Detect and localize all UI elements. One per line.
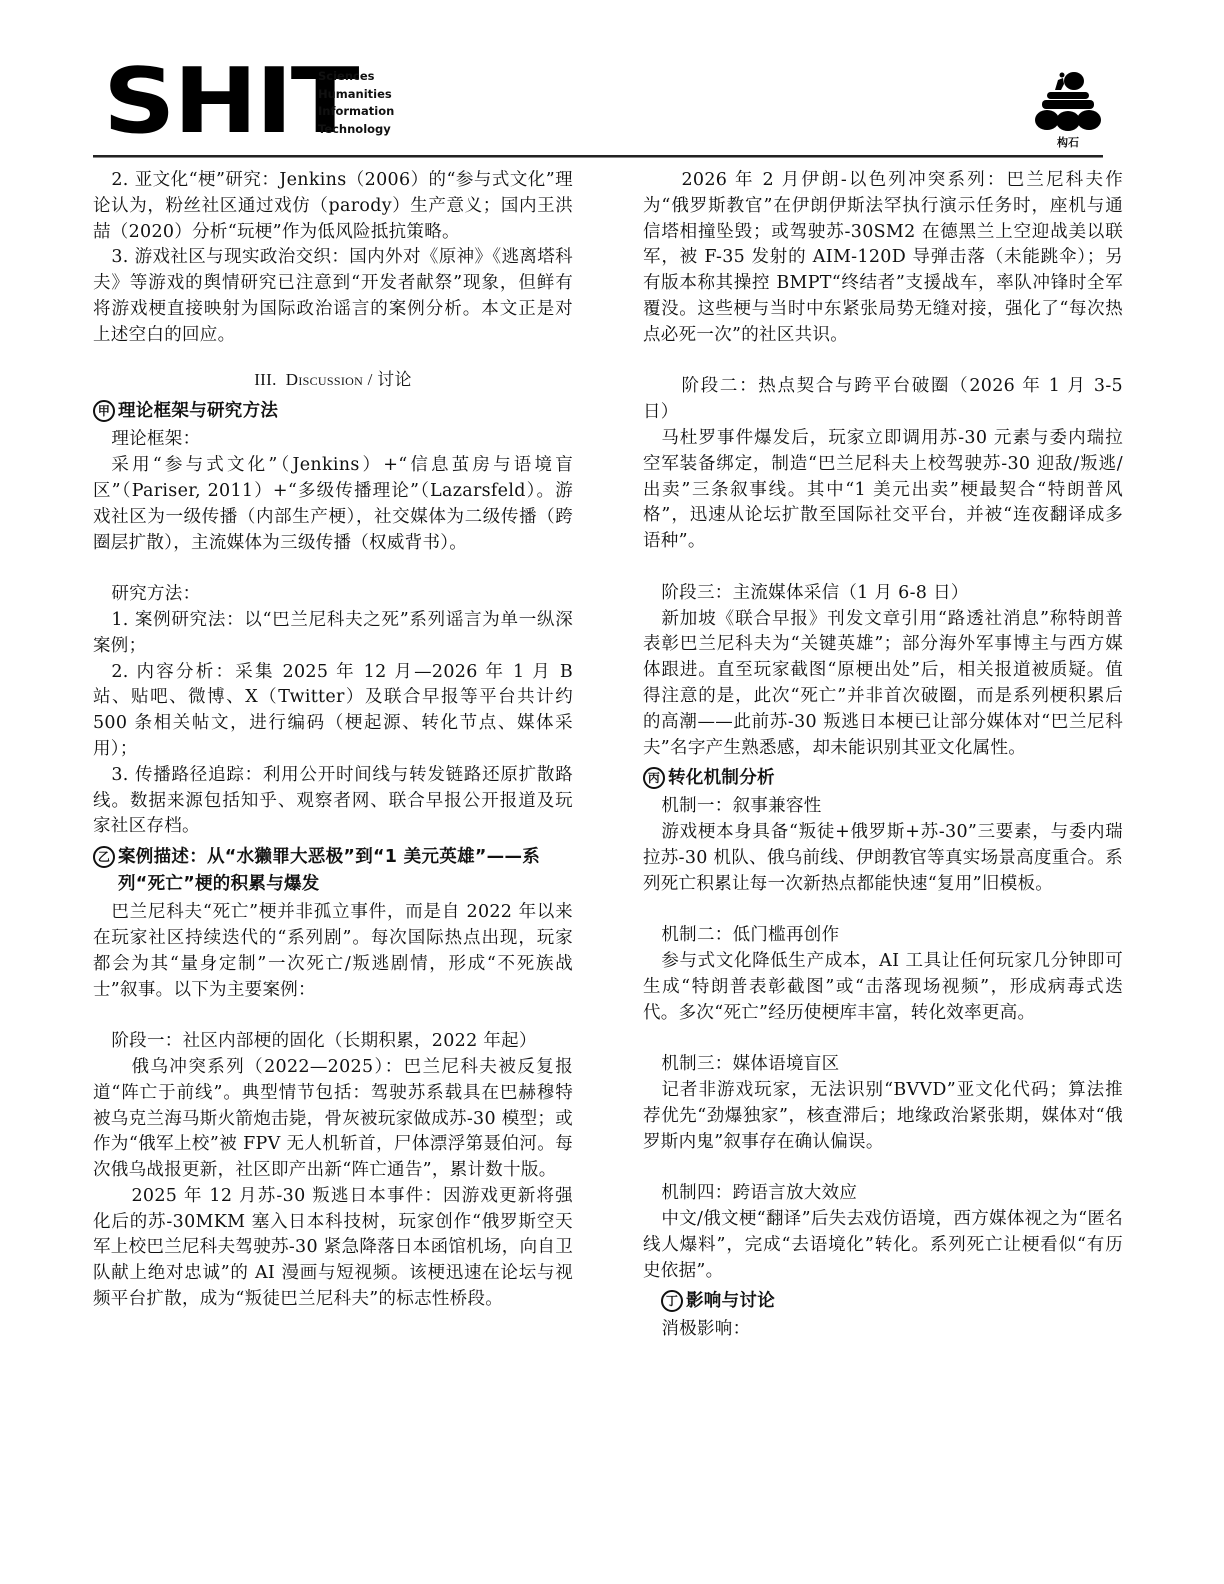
mechanism-label: 机制二：低门槛再创作 [643,923,1123,949]
case-paragraph: 2026 年 2 月伊朗-以色列冲突系列：巴兰尼科夫作为“俄罗斯教官”在伊朗伊斯… [643,168,1123,349]
paragraph-label: 研究方法： [93,582,573,608]
paragraph: 新加坡《联合早报》刊发文章引用“路透社消息”称特朗普表彰巴兰尼科夫为“关键英雄”… [643,607,1123,762]
method-item: 1. 案例研究法：以“巴兰尼科夫之死”系列谣言为单一纵深案例； [93,608,573,660]
stage-label: 阶段二：热点契合与跨平台破圈（2026 年 1 月 3-5 日） [643,374,1123,426]
mechanism-label: 机制一：叙事兼容性 [643,794,1123,820]
paragraph-label: 消极影响： [643,1317,1123,1343]
logo-word: Technology [318,121,394,139]
intro-item: 2. 亚文化“梗”研究：Jenkins（2006）的“参与式文化”理论认为，粉丝… [93,168,573,245]
stage-label: 阶段三：主流媒体采信（1 月 6-8 日） [643,581,1123,607]
mechanism-text: 中文/俄文梗“翻译”后失去戏仿语境，西方媒体视之为“匿名线人爆料”，完成“去语境… [643,1207,1123,1284]
stage-label: 阶段一：社区内部梗的固化（长期积累，2022 年起） [93,1029,573,1055]
logo-word: Humanities [318,86,394,104]
intro-item: 3. 游戏社区与现实政治交织：国内外对《原神》《逃离塔科夫》等游戏的舆情研究已注… [93,245,573,348]
circled-badge-icon: 丁 [661,1290,683,1312]
circled-badge-icon: 丙 [643,767,665,789]
subsection-title: 案例描述：从“水獭罪大恶极”到“1 美元英雄”——系列“死亡”梗的积累与爆发 [118,844,573,898]
mechanism-label: 机制四：跨语言放大效应 [643,1181,1123,1207]
circled-badge-icon: 乙 [93,846,115,868]
section-numeral: III. [254,370,276,389]
circled-badge-icon: 甲 [93,400,115,422]
subsection-title: 转化机制分析 [668,765,1123,792]
subsection-title: 理论框架与研究方法 [118,398,573,425]
logo-word: Information [318,103,394,121]
paragraph: 巴兰尼科夫“死亡”梗并非孤立事件，而是自 2022 年以来在玩家社区持续迭代的“… [93,900,573,1003]
stone-pile-emblem-icon: 构石 [1033,68,1103,150]
header-rule [93,155,1103,158]
method-item: 2. 内容分析：采集 2025 年 12 月—2026 年 1 月 B 站、贴吧… [93,660,573,763]
mechanism-label: 机制三：媒体语境盲区 [643,1052,1123,1078]
mechanism-text: 参与式文化降低生产成本，AI 工具让任何玩家几分钟即可生成“特朗普表彰截图”或“… [643,949,1123,1026]
paragraph-label: 理论框架： [93,427,573,453]
right-column: 2026 年 2 月伊朗-以色列冲突系列：巴兰尼科夫作为“俄罗斯教官”在伊朗伊斯… [643,168,1123,1343]
paragraph: 马杜罗事件爆发后，玩家立即调用苏-30 元素与委内瑞拉空军装备绑定，制造“巴兰尼… [643,426,1123,555]
subsection-heading-d: 丁 影响与讨论 [643,1288,1123,1315]
subsection-title: 影响与讨论 [686,1288,1123,1315]
journal-logo-words: Sciences Humanities Information Technolo… [318,68,394,138]
section-title-english: Discussion [286,370,363,389]
subsection-heading-c: 丙 转化机制分析 [643,765,1123,792]
paragraph: 采用“参与式文化”（Jenkins）+“信息茧房与语境盲区”（Pariser, … [93,453,573,556]
subsection-heading-a: 甲 理论框架与研究方法 [93,398,573,425]
emblem-label: 构石 [1033,134,1103,150]
case-paragraph: 2025 年 12 月苏-30 叛逃日本事件：因游戏更新将强化后的苏-30MKM… [93,1184,573,1313]
method-item: 3. 传播路径追踪：利用公开时间线与转发链路还原扩散路线。数据来源包括知乎、观察… [93,763,573,840]
left-column: 2. 亚文化“梗”研究：Jenkins（2006）的“参与式文化”理论认为，粉丝… [93,168,573,1313]
logo-word: Sciences [318,68,394,86]
page-header: SHIT Sciences Humanities Information Tec… [93,62,1103,154]
section-title: III. Discussion / 讨论 [93,367,573,393]
mechanism-text: 游戏梗本身具备“叛徒+俄罗斯+苏-30”三要素，与委内瑞拉苏-30 机队、俄乌前… [643,820,1123,897]
case-paragraph: 俄乌冲突系列（2022—2025）：巴兰尼科夫被反复报道“阵亡于前线”。典型情节… [93,1055,573,1184]
mechanism-text: 记者非游戏玩家，无法识别“BVVD”亚文化代码；算法推荐优先“劲爆独家”，核查滞… [643,1078,1123,1155]
subsection-heading-b: 乙 案例描述：从“水獭罪大恶极”到“1 美元英雄”——系列“死亡”梗的积累与爆发 [93,844,573,898]
section-title-chinese: / 讨论 [368,370,412,389]
